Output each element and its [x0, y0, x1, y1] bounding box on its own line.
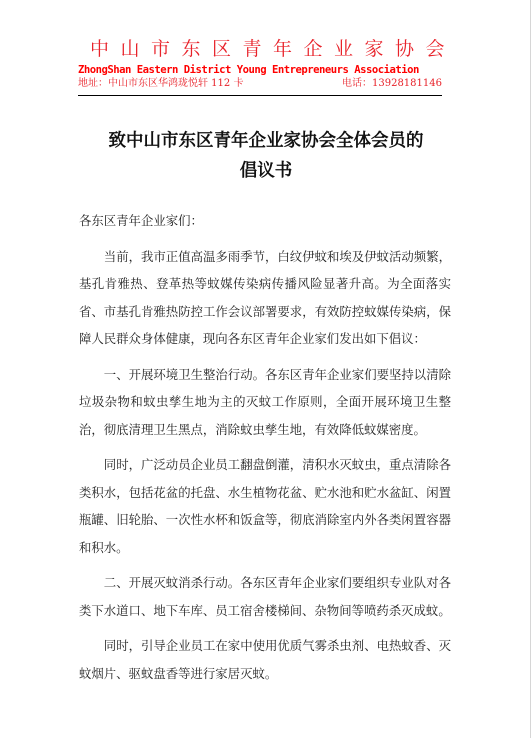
phone: 电话：13928181146 — [342, 77, 442, 91]
title-line-1: 致中山市东区青年企业家协会全体会员的 — [60, 126, 472, 156]
salutation: 各东区青年企业家们： — [79, 207, 451, 235]
contact-line: 地址：中山市东区华鸿珑悦轩 112 卡 电话：13928181146 — [78, 77, 442, 91]
address: 地址：中山市东区华鸿珑悦轩 112 卡 — [78, 77, 328, 91]
letterhead: 中山市东区青年企业家协会 ZhongShan Eastern District … — [78, 36, 442, 91]
title-line-2: 倡议书 — [60, 156, 472, 186]
letterhead-divider — [78, 95, 442, 96]
paragraph-intro: 当前，我市正值高温多雨季节，白纹伊蚊和埃及伊蚊活动频繁，基孔肯雅热、登革热等蚊媒… — [79, 243, 451, 353]
document-title: 致中山市东区青年企业家协会全体会员的 倡议书 — [60, 126, 472, 186]
document-page: 中山市东区青年企业家协会 ZhongShan Eastern District … — [0, 0, 531, 738]
org-name-chinese: 中山市东区青年企业家协会 — [78, 36, 442, 62]
org-name-english: ZhongShan Eastern District Young Entrepr… — [78, 63, 442, 77]
paragraph-item-1: 一、开展环境卫生整治行动。各东区青年企业家们要坚持以清除垃圾杂物和蚊虫孳生地为主… — [79, 361, 451, 444]
paragraph-item-1-cont: 同时，广泛动员企业员工翻盘倒灌，清积水灭蚊虫，重点清除各类积水，包括花盆的托盘、… — [79, 451, 451, 561]
document-body: 各东区青年企业家们： 当前，我市正值高温多雨季节，白纹伊蚊和埃及伊蚊活动频繁，基… — [79, 207, 451, 695]
paragraph-item-2-cont: 同时，引导企业员工在家中使用优质气雾杀虫剂、电热蚊香、灭蚊烟片、驱蚊盘香等进行家… — [79, 632, 451, 687]
paragraph-item-2: 二、开展灭蚊消杀行动。各东区青年企业家们要组织专业队对各类下水道口、地下车库、员… — [79, 569, 451, 624]
